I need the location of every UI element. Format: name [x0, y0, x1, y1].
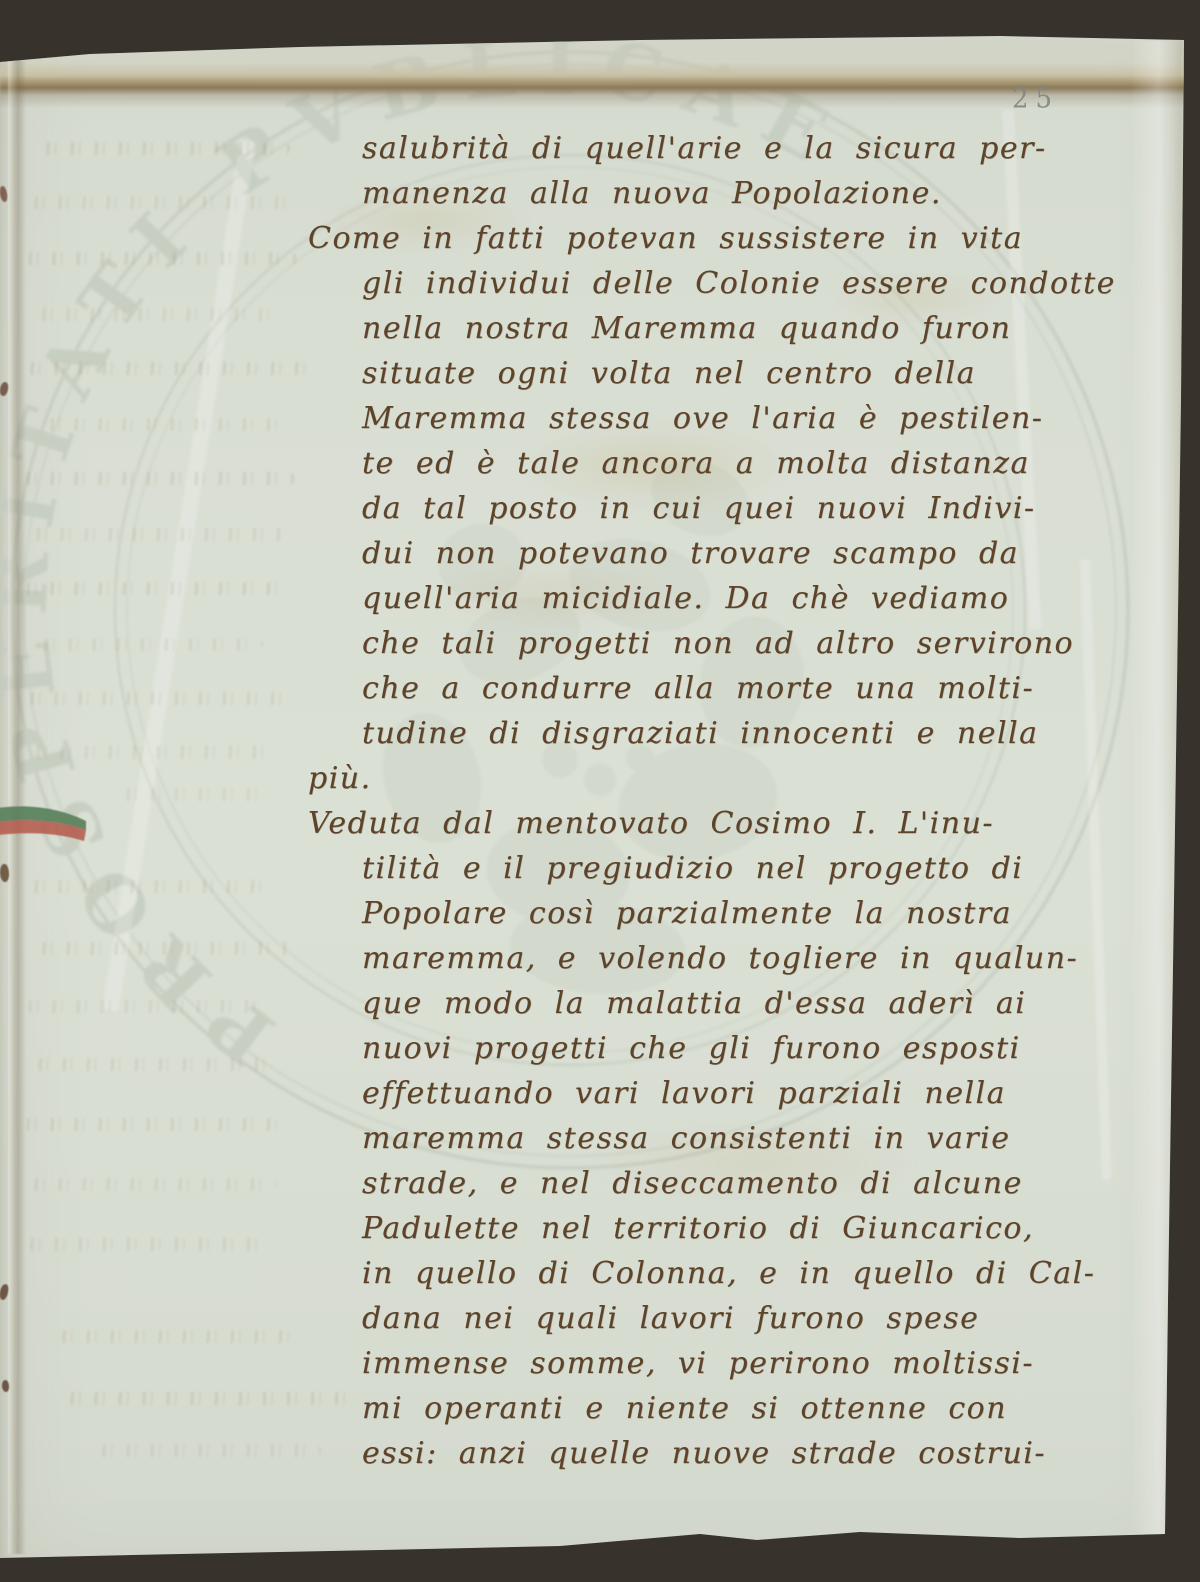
- bleed-through-line: [28, 196, 293, 209]
- bleed-through-line: [28, 1178, 276, 1191]
- ribbon-bookmark: [0, 796, 108, 852]
- manuscript-line: Popolare così parzialmente la nostra: [308, 891, 1178, 936]
- bleed-through-line: [36, 942, 291, 955]
- bleed-through-line: [120, 788, 270, 801]
- manuscript-line: situate ogni volta nel centro della: [308, 351, 1178, 396]
- manuscript-line: che tali progetti non ad altro servirono: [308, 621, 1178, 666]
- manuscript-line: più.: [308, 756, 1178, 801]
- manuscript-line: Padulette nel territorio di Giuncarico,: [308, 1206, 1178, 1251]
- manuscript-page: PROSPERITATI PVBLICAE 25 salubrità di qu…: [0, 0, 1200, 1582]
- bleed-through-line: [36, 308, 281, 321]
- manuscript-line: strade, e nel diseccamento di alcune: [308, 1161, 1178, 1206]
- bleed-through-line: [24, 692, 286, 705]
- manuscript-line: che a condurre alla morte una molti-: [308, 666, 1178, 711]
- manuscript-line: tudine di disgraziati innocenti e nella: [308, 711, 1178, 756]
- manuscript-line: effettuando vari lavori parziali nella: [308, 1071, 1178, 1116]
- manuscript-line: que modo la malattia d'essa aderì ai: [308, 981, 1178, 1026]
- photograph-background: PROSPERITATI PVBLICAE 25 salubrità di qu…: [0, 0, 1200, 1582]
- manuscript-line: gli individui delle Colonie essere condo…: [308, 261, 1178, 306]
- manuscript-line: da tal posto in cui quei nuovi Indivi-: [308, 486, 1178, 531]
- page-number-stamp: 25: [1012, 83, 1059, 114]
- manuscript-line: te ed è tale ancora a molta distanza: [308, 441, 1178, 486]
- bleed-through-line: [44, 418, 279, 431]
- bleed-through-line: [56, 1330, 291, 1343]
- bleed-through-line: [38, 638, 263, 651]
- manuscript-line: nella nostra Maremma quando furon: [308, 306, 1178, 351]
- bleed-through-line: [20, 472, 295, 485]
- manuscript-line: mi operanti e niente si ottenne con: [308, 1386, 1178, 1431]
- manuscript-line: immense somme, vi perirono moltissi-: [308, 1341, 1178, 1386]
- manuscript-line: essi: anzi quelle nuove strade costrui-: [308, 1431, 1178, 1476]
- bleed-through-line: [24, 1238, 262, 1251]
- bleed-through-line: [30, 528, 285, 541]
- manuscript-text: salubrità di quell'arie e la sicura per-…: [308, 126, 1178, 1476]
- manuscript-line: manenza alla nuova Popolazione.: [308, 171, 1178, 216]
- bleed-through-line: [28, 880, 263, 893]
- bleed-through-line: [20, 582, 288, 595]
- bleed-through-line: [40, 142, 290, 155]
- manuscript-line: salubrità di quell'arie e la sicura per-: [308, 126, 1178, 171]
- manuscript-line: dana nei quali lavori furono spese: [308, 1296, 1178, 1341]
- manuscript-line: in quello di Colonna, e in quello di Cal…: [308, 1251, 1178, 1296]
- bleed-through-line: [30, 746, 272, 759]
- bleed-through-line: [64, 1392, 349, 1405]
- bleed-through-line: [20, 1118, 278, 1131]
- manuscript-line: Come in fatti potevan sussistere in vita: [308, 216, 1178, 261]
- manuscript-line: maremma stessa consistenti in varie: [308, 1116, 1178, 1161]
- manuscript-line: quell'aria micidiale. Da chè vediamo: [308, 576, 1178, 621]
- manuscript-line: dui non potevano trovare scampo da: [308, 531, 1178, 576]
- manuscript-line: nuovi progetti che gli furono esposti: [308, 1026, 1178, 1071]
- bleed-through-line: [22, 252, 297, 265]
- bleed-through-line: [22, 1000, 267, 1013]
- manuscript-line: tilità e il pregiudizio nel progetto di: [308, 846, 1178, 891]
- bleed-through-line: [24, 362, 309, 375]
- manuscript-line: Veduta dal mentovato Cosimo I. L'inu-: [308, 801, 1178, 846]
- manuscript-line: Maremma stessa ove l'aria è pestilen-: [308, 396, 1178, 441]
- manuscript-line: maremma, e volendo togliere in qualun-: [308, 936, 1178, 981]
- bleed-through-line: [32, 1058, 270, 1071]
- bleed-through-line: [96, 1444, 321, 1457]
